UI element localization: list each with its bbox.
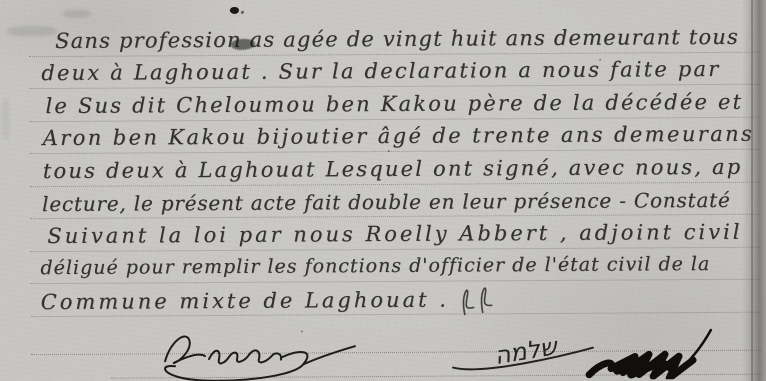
manuscript-line-4: Aron ben Kakou bijoutier âgé de trente a… (43, 122, 755, 150)
paper-speck (388, 150, 390, 152)
ruled-line (29, 52, 759, 57)
pencil-smudge (7, 26, 57, 36)
ink-spot-small (241, 11, 244, 14)
manuscript-line-5: tous deux à Laghouat Lesquel ont signé, … (43, 155, 743, 183)
ruled-line (29, 84, 759, 89)
pencil-smudge (1, 98, 9, 140)
manuscript-sheet: Sans profession as agée de vingt huit an… (0, 0, 766, 381)
ruled-line (30, 182, 760, 187)
ruled-line (30, 117, 760, 122)
manuscript-line-9: Commune mixte de Laghouat . (41, 288, 449, 314)
scanned-register-page: Sans profession as agée de vingt huit an… (0, 0, 766, 381)
manuscript-line-1: Sans profession as agée de vingt huit an… (55, 25, 739, 53)
ruled-line (30, 149, 760, 154)
manuscript-line-6: lecture, le présent acte fait double en … (42, 188, 731, 216)
pencil-smudge (63, 10, 91, 18)
ink-spot (229, 6, 239, 15)
ruled-line (31, 279, 761, 284)
signature-scribble (583, 298, 766, 380)
paper-speck (120, 212, 122, 214)
manuscript-line-8: déligué pour remplir les fonctions d'off… (40, 253, 710, 279)
page-fold-shadow (742, 0, 766, 381)
manuscript-line-2: deux à Laghouat . Sur la declaration a n… (41, 57, 720, 85)
paper-speck (599, 59, 601, 61)
signature-hebrew-text: שלמה (493, 335, 561, 370)
paper-speck (301, 330, 303, 332)
manuscript-line-7: Suivant la loi par nous Roelly Abbert , … (47, 220, 742, 248)
page-fold-edge (751, 0, 753, 381)
signature-hebrew: שלמה (449, 335, 599, 380)
ruled-line (30, 247, 760, 252)
pen-flourish (453, 282, 497, 316)
manuscript-line-3: le Sus dit Cheloumou ben Kakou père de l… (45, 90, 743, 118)
signature-aron (149, 322, 359, 381)
